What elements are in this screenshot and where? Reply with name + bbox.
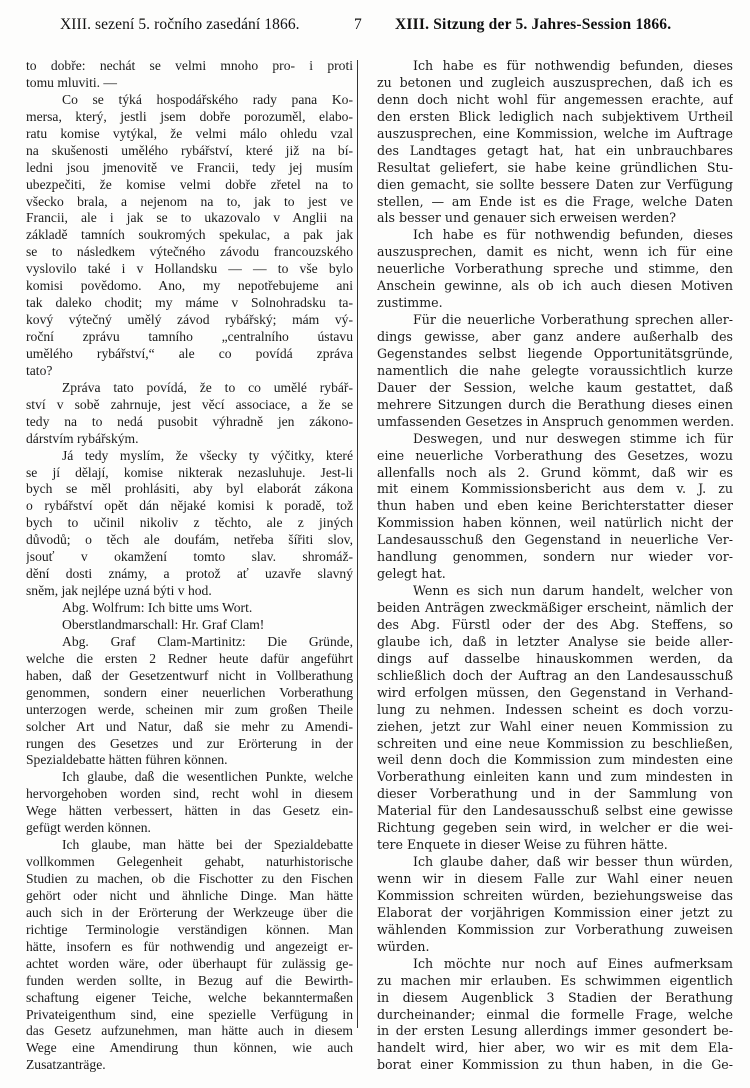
text-line: základě tamních soukromých spekulac, a p… [26,227,353,244]
text-line: Spezialdebatte hätten führen können. [26,752,353,769]
text-line: Oberstlandmarschall: Hr. Graf Clam! [26,617,353,634]
text-line: namentlich die nahe gelegte voraussichtl… [377,363,733,380]
text-line: Richtung gegeben sein wird, in welcher e… [377,820,733,837]
text-line: zustimme. [377,295,733,312]
text-line: dárstvím rybářským. [26,431,353,448]
text-line: dings gewisse, aber ganz andere außerhal… [377,329,733,346]
text-line: Ich habe es für nothwendig befunden, die… [377,227,733,244]
text-line: komisi povědomo. Ano, my nepotřebujeme a… [26,278,353,295]
text-line: se jí dělají, komise nikterak nezasluhuj… [26,465,353,482]
document-page: XIII. sezení 5. ročního zasedání 1866. 7… [0,0,750,1088]
text-line: lung zu nehmen. Indessen scheint es doch… [377,702,733,719]
left-column: to dobře: nechát se velmi mnoho pro- i p… [26,58,353,1074]
text-line: Zusatzanträge. [26,1057,353,1074]
text-line: wird erfolgen müssen, den Gegenstand in … [377,685,733,702]
text-line: Gegenstandes selbst liegende Opportunitä… [377,346,733,363]
text-line: handelt wird, hier aber, wo wir es mit d… [377,1040,733,1057]
text-line: Ich habe es für nothwendig befunden, die… [377,58,733,75]
text-line: všecko brala, a nejenom na to, jak to je… [26,194,353,211]
text-line: Abg. Wolfrum: Ich bitte ums Wort. [26,600,353,617]
text-line: eine neuerliche Vorberathung des Gesetze… [377,448,733,465]
text-line: Privateigenthum sind, eine spezielle Ver… [26,1007,353,1024]
text-line: unterzogen werde, scheinen mir zum große… [26,702,353,719]
text-line: dieser Vorberathung und in der Sammlung … [377,786,733,803]
text-line: glaube ich, daß in letzter Analyse sie b… [377,634,733,651]
text-line: wenn wir in diesem Falle zur Wahl einer … [377,871,733,888]
text-line: rungen des Gesetzes und zur Erörterung i… [26,736,353,753]
text-line: zu betonen und zugleich auszusprechen, d… [377,75,733,92]
text-line: Ich möchte nur noch auf Eines aufmerksam [377,956,733,973]
text-line: Abg. Graf Clam-Martinitz: Die Gründe, [26,634,353,651]
text-line: Material für den Landesausschuß selbst e… [377,803,733,820]
text-line: Deswegen, und nur deswegen stimme ich fü… [377,431,733,448]
text-line: Anschein gewinne, als ob ich auch diesen… [377,278,733,295]
text-line: thun haben und eben keine Berichterstatt… [377,498,733,515]
text-line: tak daleko chodit; my máme v Solnohradsk… [26,295,353,312]
text-line: auch sich in der Erörterung der Werkzeug… [26,905,353,922]
text-line: gelegt hat. [377,566,733,583]
text-line: genommen, sondern einer neuerlichen Vorb… [26,685,353,702]
text-line: Co se týká hospodářského rady pana Ko- [26,92,353,109]
text-line: to dobře: nechát se velmi mnoho pro- i p… [26,58,353,75]
text-line: als besser und genauer sich erweisen wer… [377,210,733,227]
text-line: denn doch nicht wohl für angemessen erac… [377,92,733,109]
text-line: Kommission haben können, weil natürlich … [377,515,733,532]
text-line: schaftung eigener Teiche, welche bekannt… [26,990,353,1007]
text-line: bych se měl prohlásiti, aby byl elaborát… [26,481,353,498]
text-line: Ich glaube, daß die wesentlichen Punkte,… [26,769,353,786]
text-line: Dauer der Session, welche kaum gestattet… [377,380,733,397]
text-line: Elaborat der vorjährigen Kommission eine… [377,905,733,922]
text-line: tomu mluviti. — [26,75,353,92]
text-line: allenfalls noch als 2. Grund kömmt, daß … [377,465,733,482]
header-title-german: XIII. Sitzung der 5. Jahres-Session 1866… [395,16,671,34]
text-line: kový výtečný umělý závod rybářský; mám v… [26,312,353,329]
text-line: dění dosti známy, a protož ať uzavře sla… [26,566,353,583]
text-line: des Landtages getagt hat, hat ein unbrau… [377,143,733,160]
text-line: welche die ersten 2 Redner heute dafür a… [26,651,353,668]
text-line: dien gemacht, sie sollte bessere Daten z… [377,177,733,194]
text-line: borat einer Kommission zu thun haben, in… [377,1057,733,1074]
text-line: Wege hätten verbessert, hätten in das Ge… [26,803,353,820]
text-line: Landesausschuß den Gegenstand in neuerli… [377,532,733,549]
page-header: XIII. sezení 5. ročního zasedání 1866. 7… [0,16,750,40]
text-line: Zpráva tato povídá, že to co umělé rybář… [26,380,353,397]
text-line: schreiten und eine neue Kommission zu be… [377,736,733,753]
page-number: 7 [354,16,362,34]
text-line: Ich glaube, man hätte bei der Spezialdeb… [26,837,353,854]
text-line: auszusprechen, damit es nicht, wenn ich … [377,244,733,261]
text-line: Wenn es sich nun darum handelt, welcher … [377,583,733,600]
text-line: solcher Art und Natur, daß sie mehr zu A… [26,719,353,736]
text-line: ledni jsou jmenovitě ve Francii, tedy je… [26,160,353,177]
text-line: gefügt werden können. [26,820,353,837]
text-line: Studien zu machen, ob die Fischotter zu … [26,871,353,888]
text-line: se to následkem výtečného závodu francou… [26,244,353,261]
text-line: funden werden sollte, in Bezug auf die B… [26,973,353,990]
text-line: umělého rybářství,“ ale co povídá zpráva [26,346,353,363]
right-column: Ich habe es für nothwendig befunden, die… [377,58,733,1074]
text-line: bych to učinil nikoliv z těchto, ale z j… [26,515,353,532]
text-line: ratu komise vytýkal, že velmi málo ohled… [26,126,353,143]
header-title-czech: XIII. sezení 5. ročního zasedání 1866. [60,16,300,34]
text-line: ziehen, jetzt zur Wahl einer neuen Kommi… [377,719,733,736]
text-line: Ich glaube daher, daß wir besser thun wü… [377,854,733,871]
text-line: Für die neuerliche Vorberathung sprechen… [377,312,733,329]
text-line: in diesem Augenblick 3 Stadien der Berat… [377,990,733,1007]
text-line: Resultat geliefert, sie habe keine gründ… [377,160,733,177]
text-line: auszusprechen, eine Kommission, welche i… [377,126,733,143]
text-line: mehrere Sitzungen durch die Berathung di… [377,397,733,414]
text-line: vyslovilo také i v Hollandsku — — to vše… [26,261,353,278]
text-line: sněm, jak nejlépe uzná býti v hod. [26,583,353,600]
text-line: des Abg. Fürstl oder der des Abg. Steffe… [377,617,733,634]
text-line: tato? [26,363,353,380]
text-line: richtige Terminologie verständigen könne… [26,922,353,939]
text-line: schließlich doch der Auftrag an den Land… [377,668,733,685]
text-line: ubezpečiti, že komise velmi dobře zřetel… [26,177,353,194]
text-line: dings auf dasselbe hinauskommen werden, … [377,651,733,668]
text-line: o rybářství opět dán nějaké komisi k por… [26,498,353,515]
text-line: mersa, který, jestli jsem dobře porozumě… [26,109,353,126]
text-line: mit einem Kommissionsbericht aus dem v. … [377,481,733,498]
text-line: würden. [377,939,733,956]
text-line: hätte, insofern es für nothwendig und an… [26,939,353,956]
text-line: Kommission schreiten würden, beziehungsw… [377,888,733,905]
text-line: Vorberathung einleiten kann und zum mind… [377,769,733,786]
text-line: handlung genommen, sondern nur wieder vo… [377,549,733,566]
text-line: na skušenosti umělého rybářství, které j… [26,143,353,160]
text-line: důvodů; o těch ale doufám, netřeba šířit… [26,532,353,549]
text-line: den ersten Blick lediglich nach subjekti… [377,109,733,126]
text-line: jsouť v okamžení tomto slav. shromáž- [26,549,353,566]
column-divider [357,60,358,1028]
text-line: wählenden Kommission zur Vorberathung zu… [377,922,733,939]
text-line: durcheinander; einmal die formelle Frage… [377,1007,733,1024]
text-line: tedy na to nedá pusobit výhradně jen zák… [26,414,353,431]
text-line: gehört oder nicht und ähnliche Dinge. Ma… [26,888,353,905]
text-line: vollkommen Gelegenheit gehabt, naturhist… [26,854,353,871]
text-line: zu machen mir erlauben. Es schwimmen eig… [377,973,733,990]
text-line: stellen, — am Ende ist es die Frage, wel… [377,194,733,211]
text-line: hervorgehoben worden sind, recht wohl in… [26,786,353,803]
text-line: umfassenden Gesetzes in Anspruch genomme… [377,414,733,431]
text-line: beiden Anträgen zweckmäßiger erscheint, … [377,600,733,617]
text-line: haben, daß der Gesetzentwurf nicht in Vo… [26,668,353,685]
text-line: tere Enquete in dieser Weise zu führen h… [377,837,733,854]
text-line: ství v sobě zahrnuje, jest věcí associac… [26,397,353,414]
text-line: neuerliche Vorberathung spreche und stim… [377,261,733,278]
text-line: in der ersten Lesung allerdings immer ge… [377,1023,733,1040]
text-line: Francii, ale i jak se to ukazovalo v Ang… [26,210,353,227]
text-line: weil denn doch die Kommission zum mindes… [377,752,733,769]
text-line: achtet worden wäre, oder überhaupt für z… [26,956,353,973]
text-line: roční zprávu tamního „centralního ústavu [26,329,353,346]
text-line: das Gesetz aufzunehmen, man hätte auch i… [26,1023,353,1040]
text-line: Já tedy myslím, že všecky ty výčitky, kt… [26,448,353,465]
text-line: Wege eine Amendirung thun können, wie au… [26,1040,353,1057]
